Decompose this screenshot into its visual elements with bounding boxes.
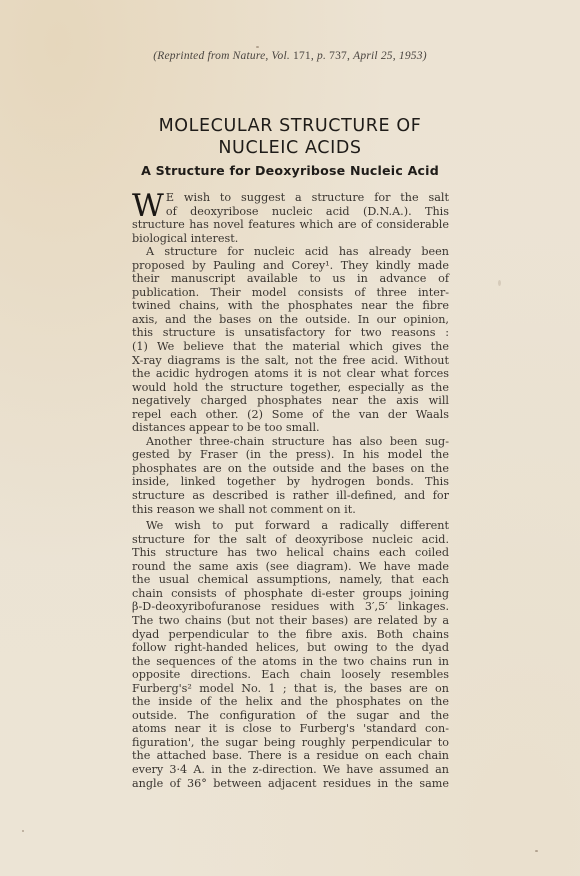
- text-line: the attached base. There is a residue on…: [132, 749, 449, 763]
- text-line: The two chains (but not their bases) are…: [132, 614, 449, 628]
- text-line: biological interest.: [132, 232, 449, 246]
- text-line: twined chains, with the phosphates near …: [132, 299, 449, 313]
- reprint-page: 737: [329, 50, 347, 62]
- paper-speck: [498, 280, 501, 286]
- text-line: the sequences of the atoms in the two ch…: [132, 655, 449, 669]
- text-line: chain consists of phosphate di-ester gro…: [132, 587, 449, 601]
- reprint-volume: 171: [293, 50, 311, 62]
- page-title: MOLECULAR STRUCTURE OF NUCLEIC ACIDS: [0, 115, 580, 159]
- page-subtitle: A Structure for Deoxyribose Nucleic Acid: [0, 163, 580, 178]
- text-line: this reason we shall not comment on it.: [132, 503, 449, 517]
- reprint-note: (Reprinted from Nature, Vol. 171, p. 737…: [0, 50, 580, 62]
- paragraph-4: We wish to put forward a radically diffe…: [132, 519, 449, 790]
- text-line: this structure is unsatisfactory for two…: [132, 326, 449, 340]
- paper-speck: [256, 46, 259, 48]
- text-line: negatively charged phosphates near the a…: [132, 394, 449, 408]
- text-line: X-ray diagrams is the salt, not the free…: [132, 354, 449, 368]
- reprint-date: April 25, 1953): [353, 50, 427, 62]
- text-line: opposite directions. Each chain loosely …: [132, 668, 449, 682]
- text-line: phosphates are on the outside and the ba…: [132, 462, 449, 476]
- text-line: proposed by Pauling and Corey¹. They kin…: [132, 259, 449, 273]
- text-line: This structure has two helical chains ea…: [132, 546, 449, 560]
- text-line: (1) We believe that the material which g…: [132, 340, 449, 354]
- reprint-prefix: (Reprinted from Nature, Vol.: [153, 50, 290, 62]
- text-line: structure for the salt of deoxyribose nu…: [132, 533, 449, 547]
- article-body: W E wish to suggest a structure for the …: [132, 191, 449, 790]
- paragraph-1: W E wish to suggest a structure for the …: [132, 191, 449, 245]
- text-line: would hold the structure together, espec…: [132, 381, 449, 395]
- text-line: structure as described is rather ill-def…: [132, 489, 449, 503]
- text-line: gested by Fraser (in the press). In his …: [132, 448, 449, 462]
- paragraph-3: Another three-chain structure has also b…: [132, 435, 449, 516]
- document-page: (Reprinted from Nature, Vol. 171, p. 737…: [0, 0, 580, 876]
- text-line: publication. Their model consists of thr…: [132, 286, 449, 300]
- title-line-1: MOLECULAR STRUCTURE OF: [159, 116, 422, 136]
- text-line: atoms near it is close to Furberg's 'sta…: [132, 722, 449, 736]
- title-line-2: NUCLEIC ACIDS: [218, 138, 361, 158]
- paper-speck: [22, 830, 24, 832]
- text-line: We wish to put forward a radically diffe…: [132, 519, 449, 533]
- text-line: axis, and the bases on the outside. In o…: [132, 313, 449, 327]
- text-line: the inside of the helix and the phosphat…: [132, 695, 449, 709]
- text-line: every 3·4 A. in the z-direction. We have…: [132, 763, 449, 777]
- text-line: follow right-handed helices, but owing t…: [132, 641, 449, 655]
- reprint-page-label: , p.: [311, 50, 326, 62]
- text-line: distances appear to be too small.: [132, 421, 449, 435]
- text-line: their manuscript available to us in adva…: [132, 272, 449, 286]
- paper-speck: [535, 850, 538, 852]
- text-line: structure has novel features which are o…: [132, 218, 449, 232]
- text-line: angle of 36° between adjacent residues i…: [132, 777, 449, 791]
- text-line: of deoxyribose nucleic acid (D.N.A.). Th…: [132, 205, 449, 219]
- text-line: dyad perpendicular to the fibre axis. Bo…: [132, 628, 449, 642]
- text-line: A structure for nucleic acid has already…: [132, 245, 449, 259]
- text-line: inside, linked together by hydrogen bond…: [132, 475, 449, 489]
- text-line: repel each other. (2) Some of the van de…: [132, 408, 449, 422]
- text-line: outside. The configuration of the sugar …: [132, 709, 449, 723]
- drop-cap: W: [132, 193, 164, 219]
- text-line: figuration', the sugar being roughly per…: [132, 736, 449, 750]
- text-line: β-D-deoxyribofuranose residues with 3′,5…: [132, 600, 449, 614]
- text-line: the acidic hydrogen atoms it is not clea…: [132, 367, 449, 381]
- text-line: round the same axis (see diagram). We ha…: [132, 560, 449, 574]
- paragraph-2: A structure for nucleic acid has already…: [132, 245, 449, 435]
- text-line: Another three-chain structure has also b…: [132, 435, 449, 449]
- text-line: E wish to suggest a structure for the sa…: [132, 191, 449, 205]
- text-line: the usual chemical assumptions, namely, …: [132, 573, 449, 587]
- text-line: Furberg's² model No. 1 ; that is, the ba…: [132, 682, 449, 696]
